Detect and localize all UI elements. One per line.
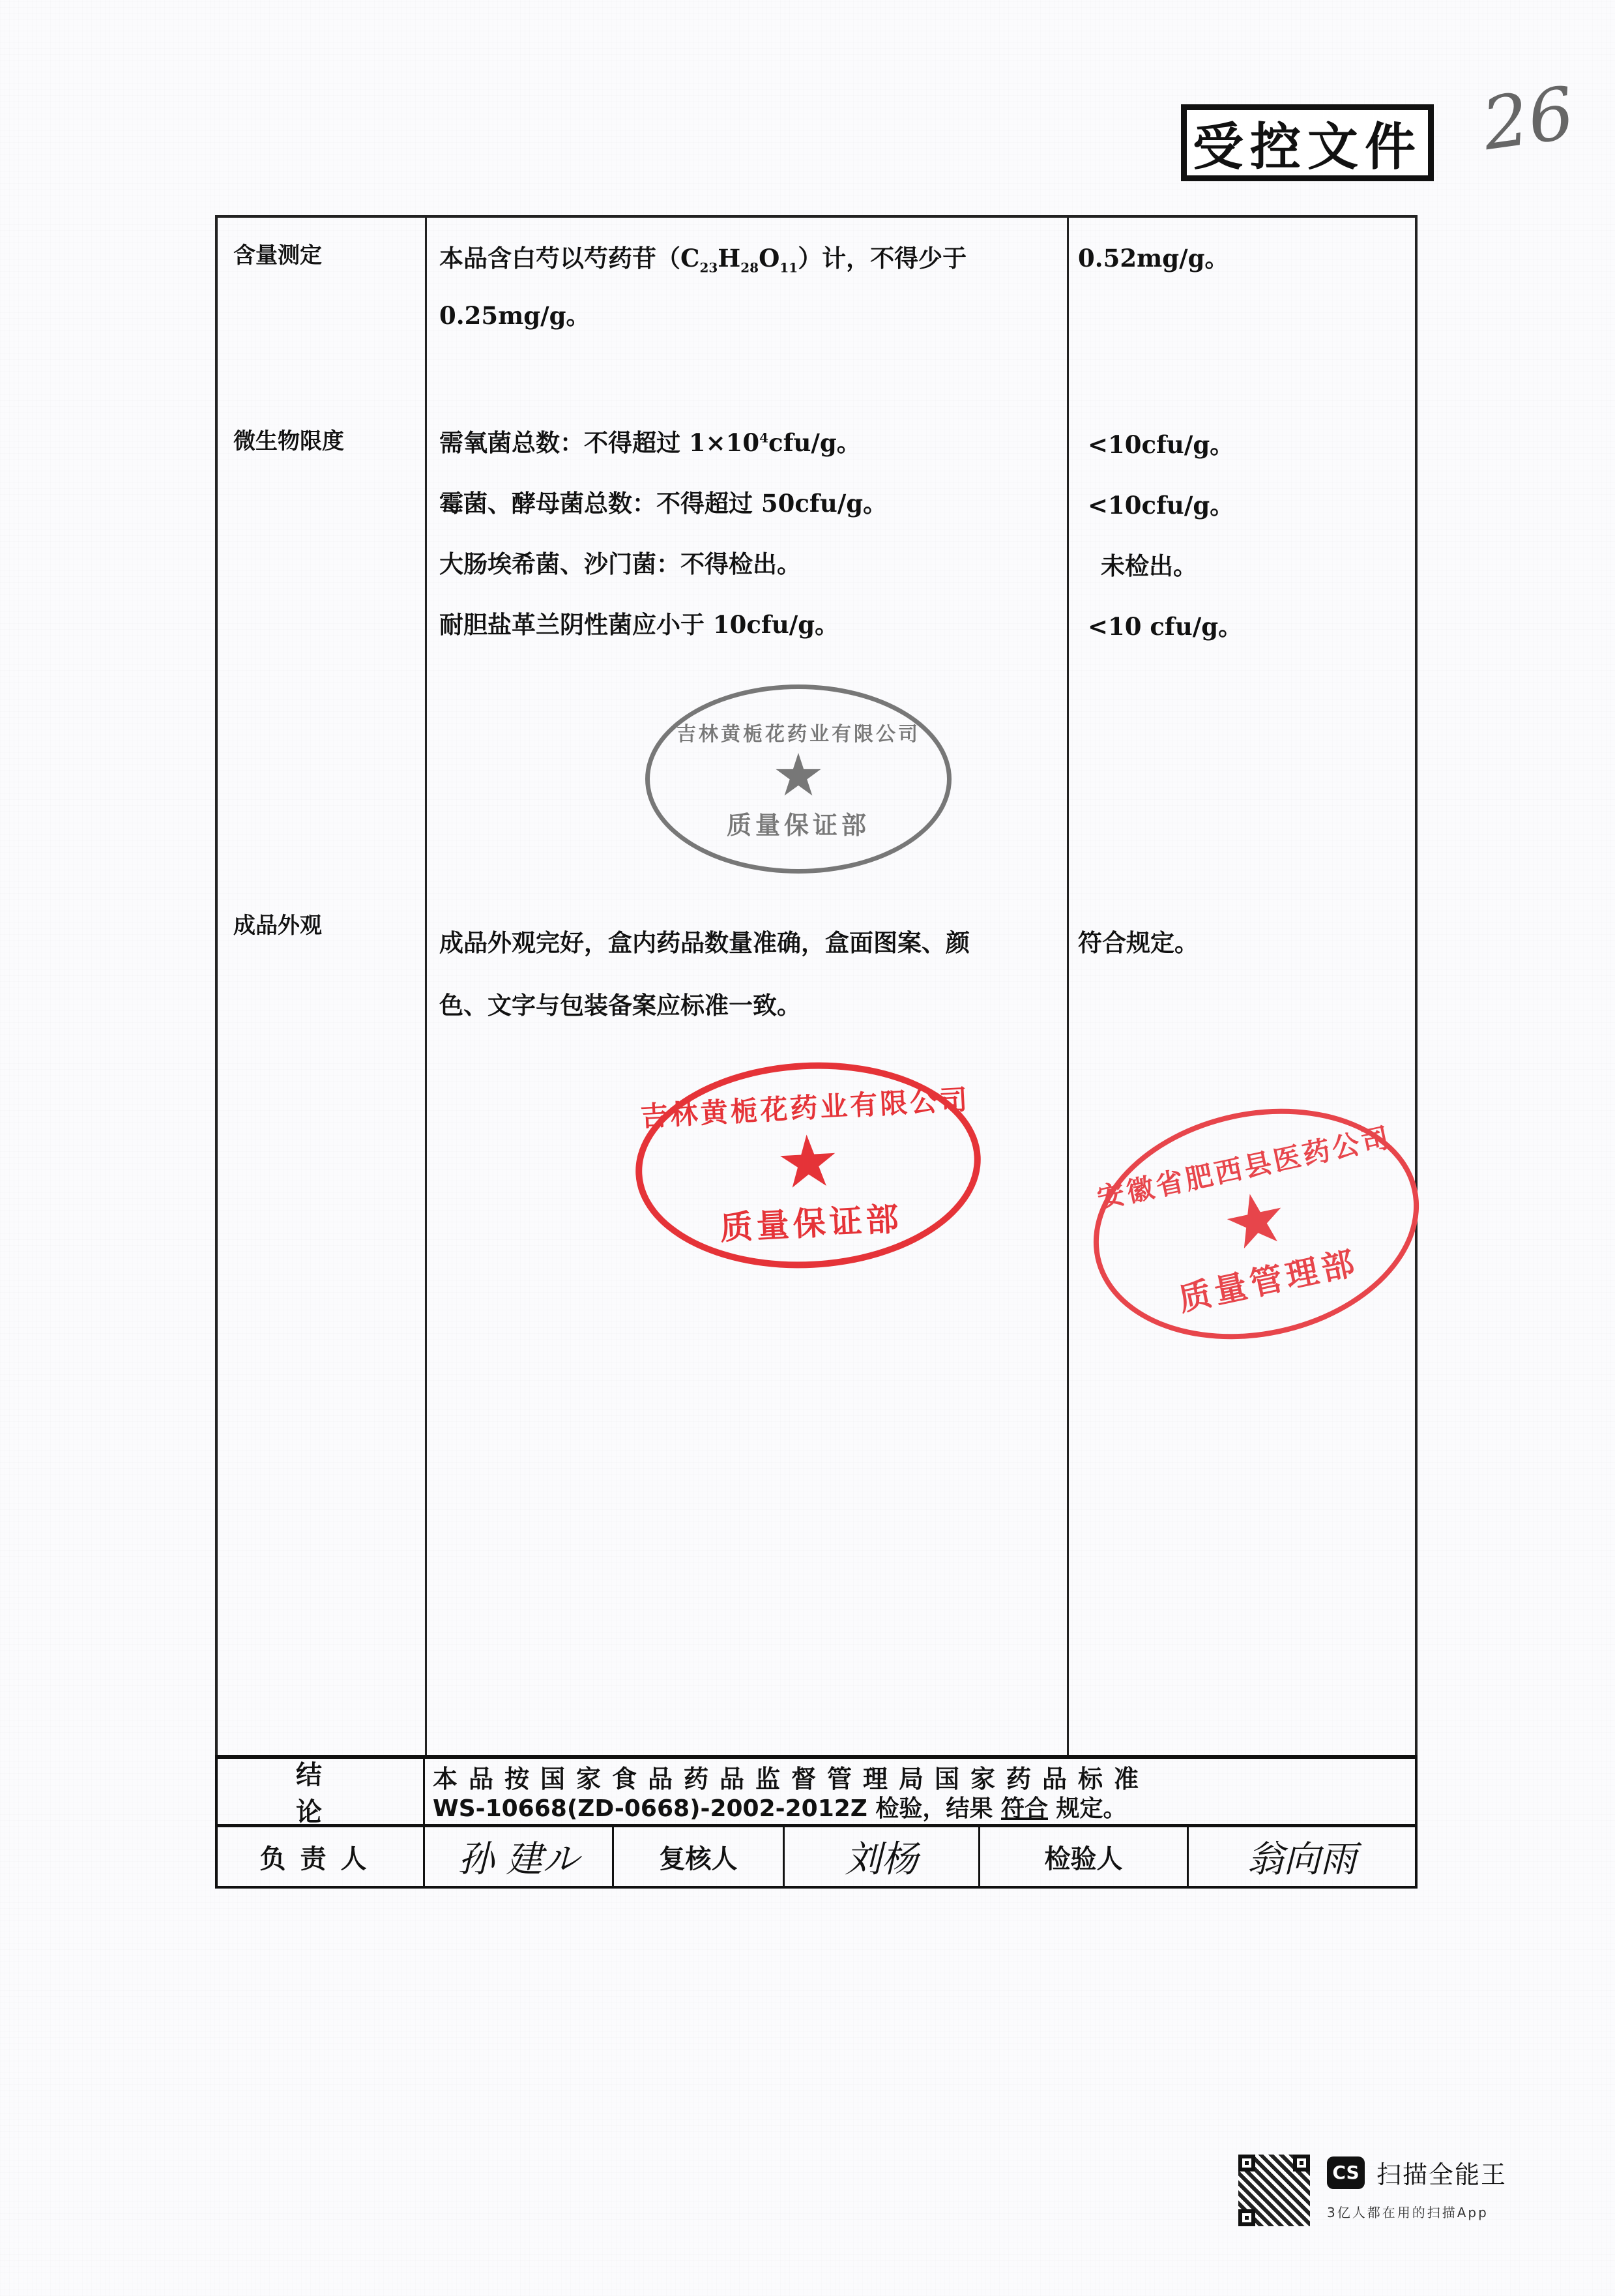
appearance-result: 符合规定。 <box>1078 923 1199 958</box>
star-icon: ★ <box>774 1124 842 1199</box>
row-label-assay: 含量测定 <box>233 237 322 269</box>
star-icon: ★ <box>772 746 825 805</box>
handwritten-page-number: 26 <box>1477 71 1579 166</box>
microbial-requirement-ecoli-salmonella: 大肠埃希菌、沙门菌：不得检出。 <box>439 544 801 580</box>
microbial-requirement-aerobic: 需氧菌总数：不得超过 1×104cfu/g。 <box>439 423 861 458</box>
reviewer-label: 复核人 <box>614 1827 785 1886</box>
appearance-requirement-line1: 成品外观完好，盒内药品数量准确，盒面图案、颜 <box>439 923 970 958</box>
assay-requirement-line2: 0.25mg/g。 <box>439 296 590 331</box>
conclusion-label: 结论 <box>218 1759 425 1824</box>
inspector-label: 检验人 <box>980 1827 1189 1886</box>
responsible-person-signature: 孙 建ル <box>425 1827 614 1886</box>
assay-result: 0.52mg/g。 <box>1078 239 1229 274</box>
app-tagline: 3亿人都在用的扫描App <box>1327 2202 1507 2221</box>
appearance-requirement-line2: 色、文字与包装备案应标准一致。 <box>439 986 801 1021</box>
microbial-result-mold-yeast: <10cfu/g。 <box>1088 486 1234 521</box>
scanner-watermark: CS 扫描全能王 3亿人都在用的扫描App <box>1238 2155 1507 2226</box>
conclusion-row: 结论 本品按国家食品药品监督管理局国家药品标准 WS-10668(ZD-0668… <box>218 1759 1415 1827</box>
row-label-appearance: 成品外观 <box>233 907 322 939</box>
inspection-table: 含量测定 本品含白芍以芍药苷（C23H28O11）计，不得少于 0.25mg/g… <box>215 215 1418 1755</box>
controlled-document-stamp: 受控文件 <box>1181 104 1434 181</box>
microbial-requirement-mold-yeast: 霉菌、酵母菌总数：不得超过 50cfu/g。 <box>439 484 887 519</box>
microbial-requirement-gram-negative: 耐胆盐革兰阴性菌应小于 10cfu/g。 <box>439 605 839 640</box>
responsible-person-label: 负责人 <box>218 1827 425 1886</box>
inspector-signature: 翁向雨 <box>1189 1827 1415 1886</box>
app-name: 扫描全能王 <box>1376 2155 1507 2190</box>
qr-code-icon <box>1238 2155 1310 2226</box>
star-icon: ★ <box>1217 1179 1294 1262</box>
microbial-result-aerobic: <10cfu/g。 <box>1088 425 1234 460</box>
signature-row: 负责人 孙 建ル 复核人 刘杨 检验人 翁向雨 <box>218 1827 1415 1886</box>
row-label-microbial-limit: 微生物限度 <box>233 423 344 455</box>
conclusion-result: 符合 <box>1001 1795 1048 1822</box>
reviewer-signature: 刘杨 <box>785 1827 980 1886</box>
company-seal-faded: 吉林黄栀花药业有限公司 ★ 质量保证部 <box>645 684 952 874</box>
column-divider <box>1067 218 1069 1755</box>
camscanner-logo-icon: CS <box>1327 2156 1365 2189</box>
conclusion-signature-block: 结论 本品按国家食品药品监督管理局国家药品标准 WS-10668(ZD-0668… <box>215 1755 1418 1889</box>
conclusion-text: 本品按国家食品药品监督管理局国家药品标准 WS-10668(ZD-0668)-2… <box>433 1764 1403 1824</box>
assay-requirement-line1: 本品含白芍以芍药苷（C23H28O11）计，不得少于 <box>439 239 967 275</box>
microbial-result-gram-negative: <10 cfu/g。 <box>1088 607 1242 642</box>
microbial-result-ecoli-salmonella: 未检出。 <box>1101 546 1197 581</box>
column-divider <box>425 218 427 1755</box>
